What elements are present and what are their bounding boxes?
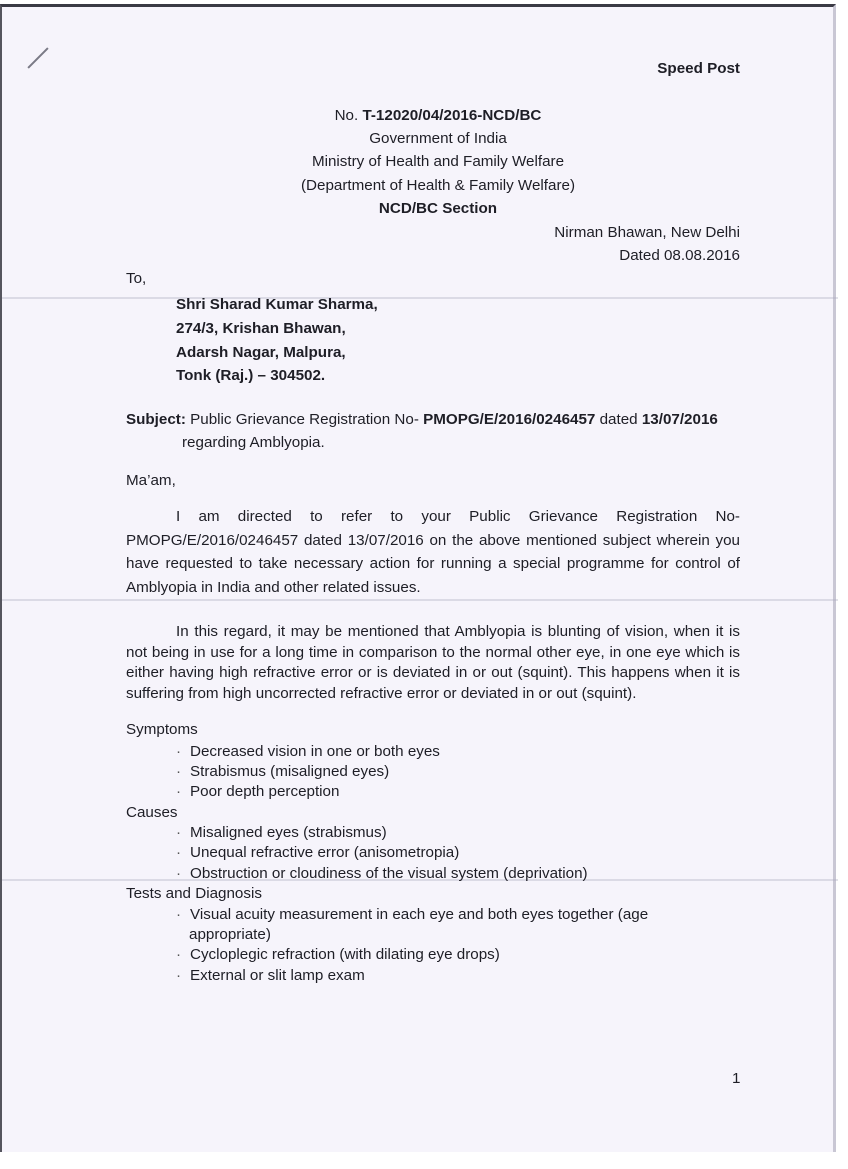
list-item: ·Visual acuity measurement in each eye a… bbox=[176, 905, 648, 925]
file-number-prefix: No. bbox=[335, 107, 363, 124]
list-item-text: Obstruction or cloudiness of the visual … bbox=[190, 865, 588, 882]
grievance-number: PMOPG/E/2016/0246457 bbox=[423, 411, 595, 428]
list-item: ·Cycloplegic refraction (with dilating e… bbox=[176, 945, 500, 965]
list-item-text: Decreased vision in one or both eyes bbox=[190, 743, 440, 760]
government-name: Government of India bbox=[0, 129, 848, 149]
subject-text: Public Grievance Registration No- bbox=[186, 411, 423, 428]
list-item: ·Decreased vision in one or both eyes bbox=[176, 742, 440, 762]
bullet-icon: · bbox=[176, 843, 190, 863]
list-item: ·Unequal refractive error (anisometropia… bbox=[176, 843, 459, 863]
tests-heading: Tests and Diagnosis bbox=[126, 884, 262, 904]
subject-continuation: regarding Amblyopia. bbox=[182, 433, 325, 453]
letter-date: Dated 08.08.2016 bbox=[619, 246, 740, 266]
list-item-text: External or slit lamp exam bbox=[190, 967, 365, 984]
to-label: To, bbox=[126, 269, 146, 289]
paragraph-text: I am directed to refer to your Public Gr… bbox=[126, 508, 740, 596]
subject-label: Subject: bbox=[126, 411, 186, 428]
list-item-text: Misaligned eyes (strabismus) bbox=[190, 824, 387, 841]
department-name: (Department of Health & Family Welfare) bbox=[0, 176, 848, 196]
fold-line bbox=[2, 599, 838, 601]
bullet-icon: · bbox=[176, 945, 190, 965]
body-paragraph: In this regard, it may be mentioned that… bbox=[126, 622, 740, 704]
page-number: 1 bbox=[732, 1069, 740, 1089]
bullet-icon: · bbox=[176, 762, 190, 782]
bullet-icon: · bbox=[176, 742, 190, 762]
list-item-text: Strabismus (misaligned eyes) bbox=[190, 763, 389, 780]
salutation: Ma’am, bbox=[126, 471, 176, 491]
file-number: No. T-12020/04/2016-NCD/BC bbox=[0, 106, 848, 126]
subject-text: dated bbox=[595, 411, 641, 428]
grievance-date: 13/07/2016 bbox=[642, 411, 718, 428]
list-item: ·Obstruction or cloudiness of the visual… bbox=[176, 864, 588, 884]
recipient-address-line: 274/3, Krishan Bhawan, bbox=[176, 319, 346, 339]
bullet-icon: · bbox=[176, 864, 190, 884]
list-item: ·Misaligned eyes (strabismus) bbox=[176, 823, 387, 843]
bullet-icon: · bbox=[176, 905, 190, 925]
body-paragraph: I am directed to refer to your Public Gr… bbox=[126, 505, 740, 599]
ministry-name: Ministry of Health and Family Welfare bbox=[0, 152, 848, 172]
list-item: ·External or slit lamp exam bbox=[176, 966, 365, 986]
recipient-name: Shri Sharad Kumar Sharma, bbox=[176, 295, 378, 315]
fold-line bbox=[2, 297, 838, 299]
list-item: ·Poor depth perception bbox=[176, 782, 339, 802]
list-item-continuation: appropriate) bbox=[189, 925, 271, 945]
file-number-value: T-12020/04/2016-NCD/BC bbox=[362, 107, 541, 124]
recipient-address-line: Tonk (Raj.) – 304502. bbox=[176, 366, 325, 386]
list-item-text: Cycloplegic refraction (with dilating ey… bbox=[190, 946, 500, 963]
pen-mark bbox=[27, 47, 48, 68]
recipient-address-line: Adarsh Nagar, Malpura, bbox=[176, 343, 346, 363]
office-place: Nirman Bhawan, New Delhi bbox=[554, 223, 740, 243]
paragraph-text: In this regard, it may be mentioned that… bbox=[126, 623, 740, 702]
bullet-icon: · bbox=[176, 966, 190, 986]
bullet-icon: · bbox=[176, 782, 190, 802]
dispatch-mode: Speed Post bbox=[657, 59, 740, 79]
section-name: NCD/BC Section bbox=[0, 199, 848, 219]
bullet-icon: · bbox=[176, 823, 190, 843]
symptoms-heading: Symptoms bbox=[126, 720, 198, 740]
list-item-text: Poor depth perception bbox=[190, 783, 339, 800]
causes-heading: Causes bbox=[126, 803, 178, 823]
list-item-text: Visual acuity measurement in each eye an… bbox=[190, 906, 648, 923]
subject-line: Subject: Public Grievance Registration N… bbox=[126, 410, 740, 430]
list-item: ·Strabismus (misaligned eyes) bbox=[176, 762, 389, 782]
list-item-text: Unequal refractive error (anisometropia) bbox=[190, 844, 459, 861]
